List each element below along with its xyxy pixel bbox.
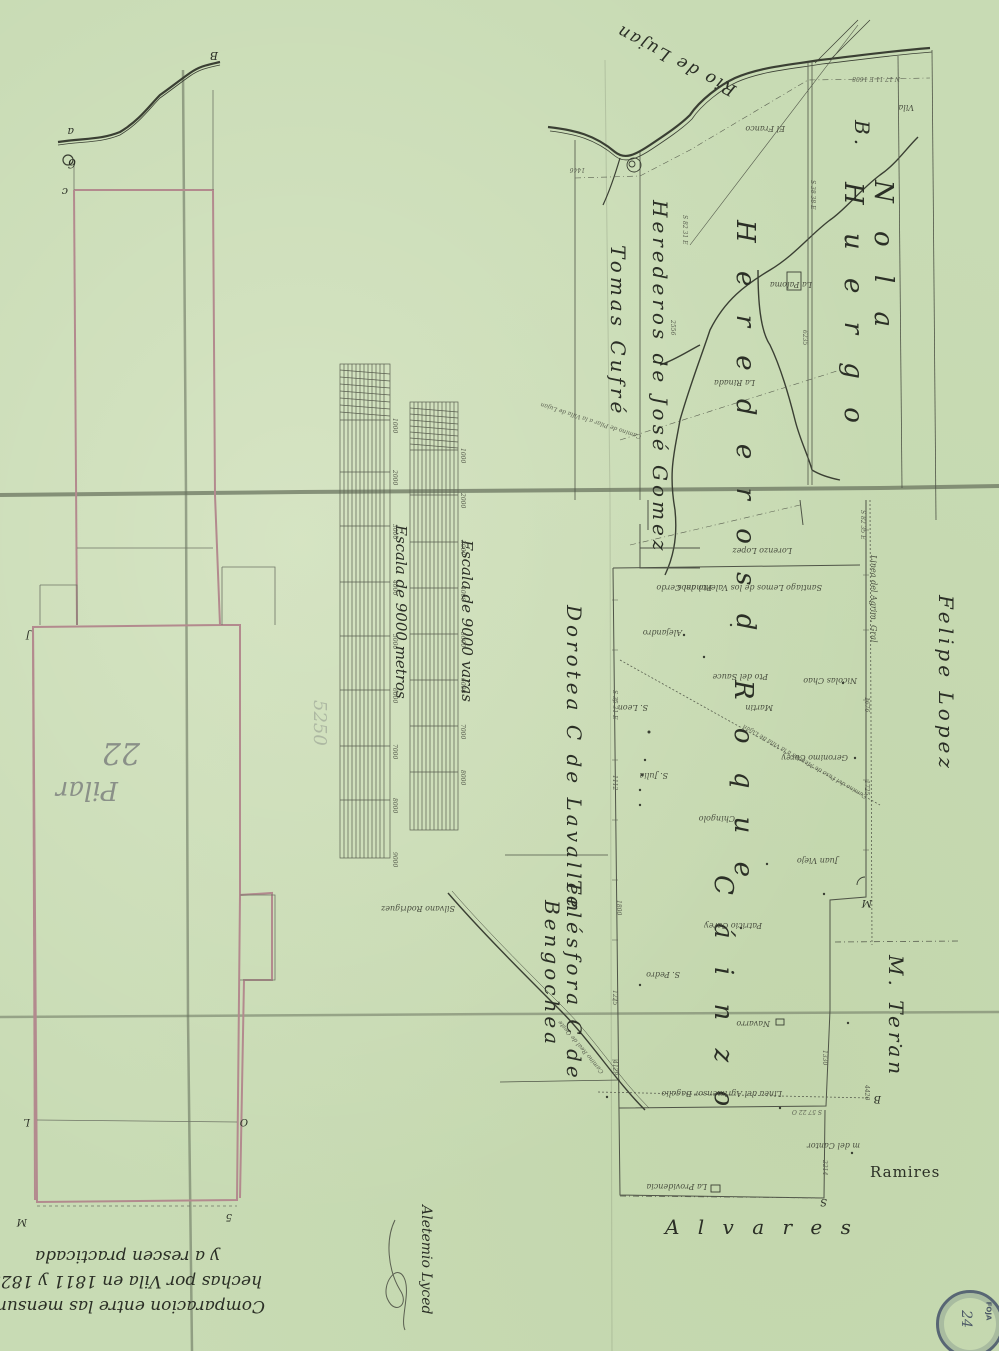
scale-tick: 6000 [459, 678, 466, 693]
divider-line-2 [500, 1080, 620, 1082]
point-j: J [26, 629, 30, 640]
scale-tick: 7000 [459, 724, 466, 739]
point-c: c [62, 185, 68, 198]
scale-tick: 2000 [459, 493, 466, 508]
bearing: 1446 [570, 166, 585, 173]
scale-tick: 6000 [391, 688, 398, 703]
scale-tick: 5000 [391, 634, 398, 649]
point-m-mid: M [862, 897, 872, 908]
bearing: 1800 [615, 900, 622, 915]
bearing: 1676 [863, 697, 870, 712]
place-juan-viejo: Juan Viejo [797, 856, 838, 865]
letter-b: B. [850, 120, 874, 149]
bearing: 1330 [821, 1050, 828, 1065]
owner-tomas-cufre: Tomas Cufré [606, 245, 630, 417]
bearing: 4128 [611, 1060, 618, 1075]
stamp-number: 24 [958, 1310, 974, 1328]
title-line3: y a rescen practicada [35, 1246, 220, 1266]
archive-stamp: 24 FOJA [936, 1290, 999, 1351]
bearing: 6235 [801, 330, 808, 345]
pencil-note-22: 22 [102, 735, 140, 770]
scale-tick: 4000 [459, 586, 466, 601]
owner-cainzo: C á i n z o [708, 875, 738, 1116]
place-lorenzo-lopez: Lorenzo Lopez [732, 546, 792, 555]
place-nicolas-chao: Nicolas Chao [803, 676, 857, 685]
left-river [58, 62, 220, 145]
place-st-julia: S. Julia [639, 771, 668, 780]
map-sheet: N o l a H u e r g o B. H e r e d e r o s… [0, 0, 999, 1351]
scale-tick: 8000 [391, 798, 398, 813]
point-l: L [23, 1116, 30, 1127]
place-s-pedro: S. Pedro [646, 970, 680, 979]
owner-m-teran: M. Teran [884, 955, 908, 1078]
scale-tick: 1000 [459, 448, 466, 463]
point-a: a [67, 125, 74, 138]
stamp-label: FOJA [984, 1302, 992, 1321]
left-parcel [33, 190, 272, 1202]
owner-ramires: Ramires [870, 1163, 940, 1181]
place-alejandro: Alejandro [643, 628, 682, 637]
owner-dorotea: Dorotea C de Lavallen [562, 605, 586, 915]
place-st-leon: S. Leon [618, 703, 648, 712]
point-s: S [820, 1196, 827, 1207]
place-silvano-rodriguez: Silvano Rodriguez [381, 904, 455, 913]
title-line2: hechas por Vila en 1811 y 1825 [0, 1271, 262, 1291]
bearing: S 38 38 E [809, 180, 816, 209]
bearing: 2214 [821, 1160, 828, 1175]
bearing: 4420 [863, 1085, 870, 1100]
place-el-franco: El Franco [745, 124, 785, 133]
pencil-note-pilar: Pilar [56, 775, 118, 805]
owner-alvares: A l v a r e s [665, 1215, 857, 1239]
place-patricio-carey: Patricio Carey [704, 921, 762, 930]
bearing: 2556 [669, 320, 676, 335]
place-pto-del-sauce: Pto del Sauce [712, 672, 768, 681]
point-b-right: B [874, 1093, 881, 1104]
place-martin: Martin [745, 703, 773, 712]
bearing: 1725 [863, 780, 870, 795]
title-line1: Comparacion entre las mensura- [0, 1296, 265, 1316]
scale-label-metros: Escala de 9000 metros [392, 525, 410, 699]
scale-tick: 4000 [391, 580, 398, 595]
point-six: 6 [68, 155, 76, 170]
place-m-del-cantor: m del Cantor [807, 1141, 860, 1150]
bearing: S 82 35 E [859, 510, 866, 539]
signature: Aletemio Lyced [418, 1205, 434, 1314]
owner-felipe-lopez: Felipe Lopez [934, 595, 958, 772]
bearing: 1112 [611, 775, 618, 790]
bearing: S 35 31 E [611, 690, 618, 719]
owner-huergo: H u e r g o [838, 182, 868, 433]
place-la-rinada: La Rinada [714, 378, 755, 387]
point-m: M [17, 1216, 27, 1227]
owner-herederos-d: H e r e d e r o s d [730, 220, 760, 640]
scale-bar-varas [410, 402, 458, 830]
bearing: S 82 31 E [681, 215, 688, 244]
place-navarro: Navarro [736, 1019, 770, 1028]
place-la-providencia: La Providencia [646, 1182, 707, 1191]
scale-tick: 5000 [459, 632, 466, 647]
scale-tick: 3000 [459, 540, 466, 555]
point-5: 5 [226, 1211, 232, 1222]
scale-bar-metros [340, 364, 390, 858]
place-la-paloma: La Paloma [770, 280, 812, 289]
point-b: B [210, 49, 218, 62]
bearing: S 57 22 O [792, 1108, 822, 1115]
scale-tick: 9000 [391, 852, 398, 867]
bearing: 1225 [611, 990, 618, 1005]
bearing: N 17 11 E 1608 [852, 75, 900, 82]
scale-tick: 3000 [391, 524, 398, 539]
owner-nola: N o l a [868, 180, 898, 337]
scale-tick: 8000 [459, 770, 466, 785]
pencil-number: 5250 [309, 700, 330, 746]
point-o: O [240, 1116, 248, 1127]
place-vila: Vila [898, 103, 914, 112]
place-linea-agrimensor: Linea del Agrimensor Bagalio [661, 1089, 782, 1098]
place-pdel-cerdo: Pto del Cerdo [656, 583, 712, 592]
scale-tick: 7000 [391, 744, 398, 759]
owner-herederos-jose-gomez: Herederos de José Gomez [648, 200, 672, 554]
place-chingolo: Chingolo [699, 814, 735, 823]
scale-tick: 2000 [391, 470, 398, 485]
place-linea-gral: Linea del Agrim. Gral [869, 555, 878, 643]
scale-tick: 1000 [391, 418, 398, 433]
